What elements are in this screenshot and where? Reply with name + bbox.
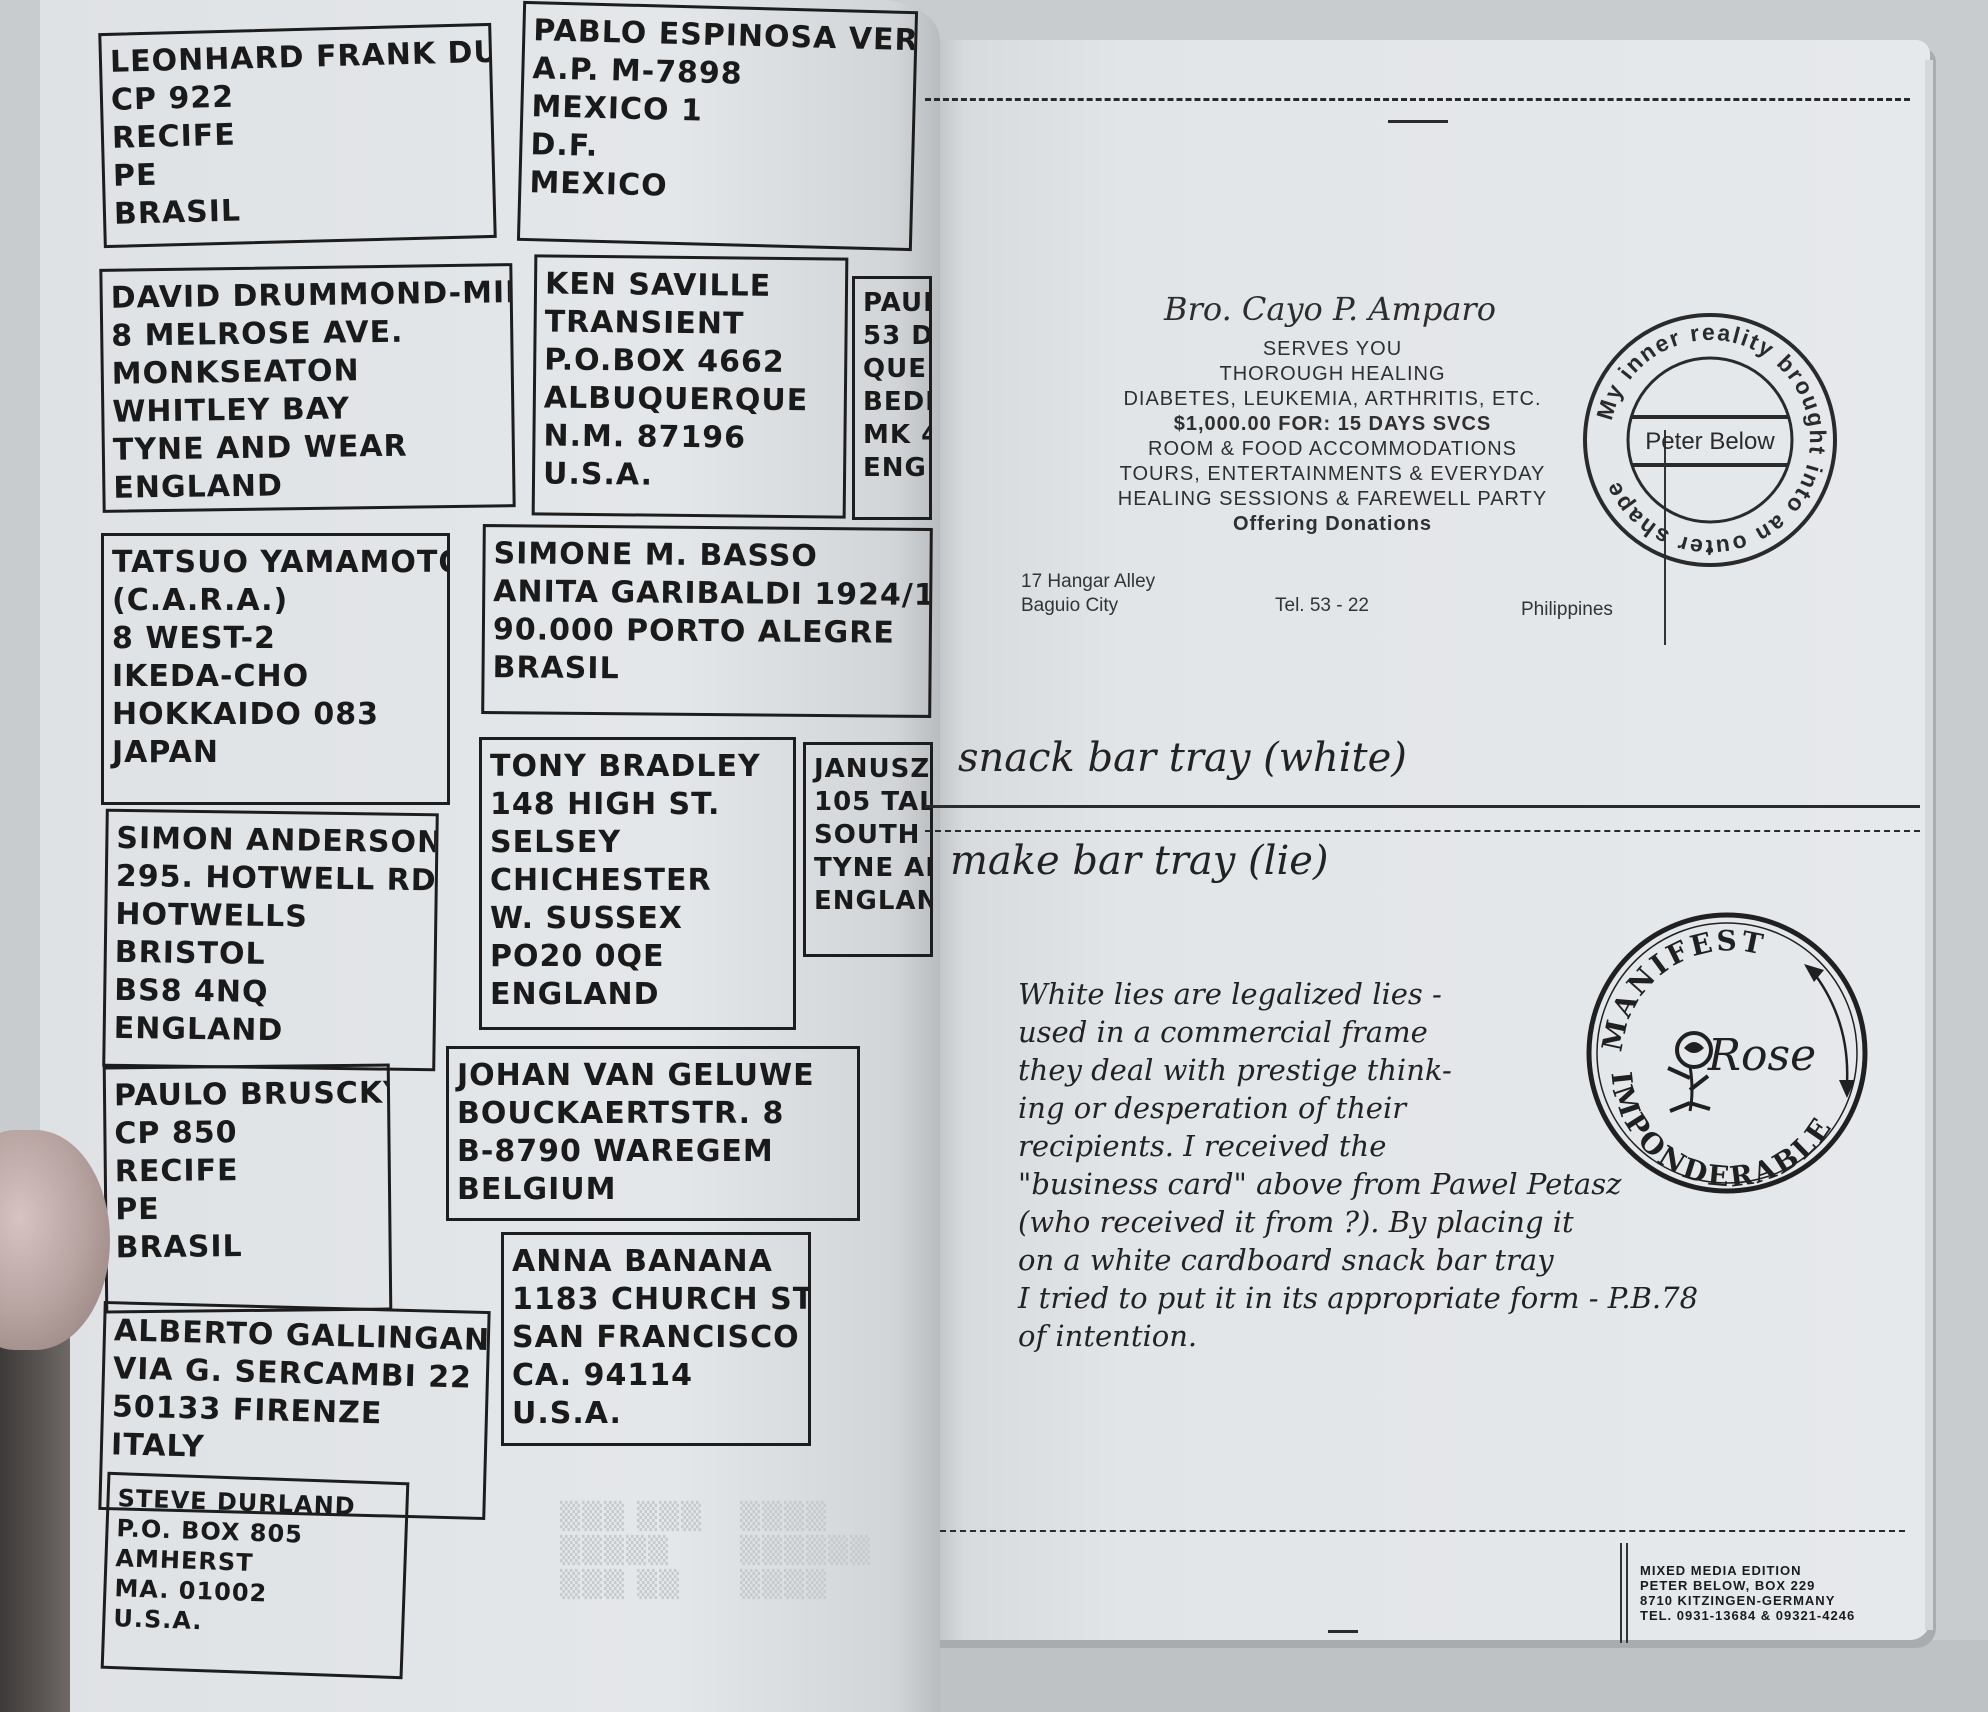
address-name: SIMONE M. BASSO <box>493 535 921 577</box>
card-tel: Tel. 53 - 22 <box>1275 594 1369 618</box>
address-box-yamamoto: TATSUO YAMAMOTO(C.A.R.A.)8 WEST-2IKEDA-C… <box>101 533 450 805</box>
address-line: MONKSEATON <box>112 350 503 393</box>
address-line: 90.000 PORTO ALEGRE <box>493 611 921 653</box>
address-line: ENGLAND <box>490 976 785 1014</box>
address-box-drummond: DAVID DRUMMOND-MILNE8 MELROSE AVE.MONKSE… <box>99 263 515 513</box>
svg-text:Peter Below: Peter Below <box>1645 428 1775 455</box>
divider-line <box>925 805 1920 808</box>
address-line: N.M. 87196 <box>543 417 835 458</box>
address-name: JANUSZ <box>814 753 922 786</box>
hand-palm <box>0 1330 70 1712</box>
address-line: HOKKAIDO 083 <box>112 696 439 734</box>
imprint-line: TEL. 0931-13684 & 09321-4246 <box>1640 1608 1855 1623</box>
show-through-text: ▒▒▒▒▒▒▒▒▒▒▒▒▒▒ <box>740 1500 872 1602</box>
address-line: CP 850 <box>114 1113 379 1154</box>
address-line: U.S.A. <box>512 1395 800 1433</box>
address-line: CHICHESTER <box>490 862 785 900</box>
card-line: Offering Donations <box>1085 512 1580 537</box>
note-line: (who received it from ?). By placing it <box>1018 1203 1898 1241</box>
address-box-basso: SIMONE M. BASSOANITA GARIBALDI 1924/1204… <box>481 524 933 718</box>
address-line: SOUTH SH <box>814 819 922 852</box>
address-line: BS8 4NQ <box>114 972 426 1014</box>
note-line: on a white cardboard snack bar tray <box>1018 1241 1898 1279</box>
card-line: $1,000.00 FOR: 15 DAYS SVCS <box>1085 412 1580 437</box>
imprint-line: PETER BELOW, BOX 229 <box>1640 1578 1855 1593</box>
divider-line-dashed <box>925 830 1920 832</box>
address-line: 105 TALB <box>814 786 922 819</box>
address-box-durland: STEVE DURLANDP.O. BOX 805AMHERSTMA. 0100… <box>101 1472 410 1679</box>
address-line: 1183 CHURCH ST. <box>512 1281 800 1319</box>
address-line: BRASIL <box>115 1227 380 1268</box>
address-name: DAVID DRUMMOND-MILNE <box>110 274 501 317</box>
card-line: THOROUGH HEALING <box>1085 362 1580 387</box>
card-name: Bro. Cayo P. Amparo <box>1080 290 1580 328</box>
address-line: BRISTOL <box>115 934 427 976</box>
address-line: QUEEN <box>863 353 921 386</box>
address-box-duch: LEONHARD FRANK DUCHCP 922RECIFEPEBRASIL <box>98 23 496 248</box>
address-line: TRANSIENT <box>544 303 836 344</box>
imprint-rule <box>1620 1543 1622 1643</box>
address-line: 148 HIGH ST. <box>490 786 785 824</box>
card-line: DIABETES, LEUKEMIA, ARTHRITIS, ETC. <box>1085 387 1580 412</box>
address-line: TYNE AN <box>814 852 922 885</box>
card-address-line2: Baguio City <box>1021 594 1155 618</box>
address-line: WHITLEY BAY <box>112 388 503 431</box>
address-line: SELSEY <box>490 824 785 862</box>
address-line: BEDF <box>863 386 921 419</box>
address-line: 8 MELROSE AVE. <box>111 312 502 355</box>
card-line: TOURS, ENTERTAINMENTS & EVERYDAY <box>1085 462 1580 487</box>
fold-mark <box>1328 1630 1358 1633</box>
address-line: (C.A.R.A.) <box>112 582 439 620</box>
svg-text:Rose: Rose <box>1707 1030 1816 1081</box>
imprint-line: 8710 KITZINGEN-GERMANY <box>1640 1593 1855 1608</box>
address-name: KEN SAVILLE <box>545 265 837 306</box>
address-line: W. SUSSEX <box>490 900 785 938</box>
address-line: PE <box>115 1189 380 1230</box>
address-line: CA. 94114 <box>512 1357 800 1395</box>
address-line: SAN FRANCISCO <box>512 1319 800 1357</box>
address-name: PAULO BRUSCKY <box>114 1075 379 1116</box>
address-line: ITALY <box>111 1426 477 1474</box>
address-line: 53 DUN <box>863 320 921 353</box>
address-name: SIMON ANDERSON <box>116 820 428 862</box>
address-box-paul: PAUL N53 DUNQUEENBEDFMK 4ENGL <box>852 276 932 520</box>
address-name: JOHAN VAN GELUWE <box>457 1057 849 1095</box>
address-line: BOUCKAERTSTR. 8 <box>457 1095 849 1133</box>
address-name: PAUL N <box>863 287 921 320</box>
imprint-line: MIXED MEDIA EDITION <box>1640 1563 1855 1578</box>
imprint-rule <box>1626 1543 1628 1643</box>
address-line: P.O.BOX 4662 <box>544 341 836 382</box>
peter-below-stamp-icon: Peter Below My inner reality brought int… <box>1575 305 1845 575</box>
address-line: ALBUQUERQUE <box>544 379 836 420</box>
address-line: 8 WEST-2 <box>112 620 439 658</box>
address-name: TONY BRADLEY <box>490 748 785 786</box>
svg-text:IMPONDERABLE: IMPONDERABLE <box>1604 1070 1839 1194</box>
show-through-text: ▒▒▒ ▒▒▒▒▒▒▒▒▒▒▒ ▒▒ <box>560 1500 703 1602</box>
address-box-janusz: JANUSZ105 TALBSOUTH SHTYNE ANENGLAN <box>803 742 933 957</box>
address-box-saville: KEN SAVILLETRANSIENTP.O.BOX 4662ALBUQUER… <box>532 254 849 518</box>
address-box-anderson: SIMON ANDERSON295. HOTWELL RD.HOTWELLSBR… <box>102 809 439 1072</box>
address-line: U.S.A. <box>543 455 835 496</box>
address-line: ENGLAND <box>113 464 504 507</box>
address-line: TYNE AND WEAR <box>113 426 504 469</box>
address-line: BRASIL <box>492 649 920 691</box>
address-box-banana: ANNA BANANA1183 CHURCH ST.SAN FRANCISCOC… <box>501 1232 811 1446</box>
address-box-bruscky: PAULO BRUSCKYCP 850RECIFEPEBRASIL <box>103 1064 393 1314</box>
address-box-bradley: TONY BRADLEY148 HIGH ST.SELSEYCHICHESTER… <box>479 737 796 1030</box>
card-line: HEALING SESSIONS & FAREWELL PARTY <box>1085 487 1580 512</box>
handwritten-label-white: snack bar tray (white) <box>958 735 1407 781</box>
page-stack-edge <box>1925 60 1933 1630</box>
address-line: RECIFE <box>115 1151 380 1192</box>
address-box-espinosa: PABLO ESPINOSA VERAA.P. M-7898MEXICO 1D.… <box>517 1 918 251</box>
address-line: ENGLAND <box>113 1010 425 1052</box>
fold-mark <box>1388 120 1448 123</box>
address-name: TATSUO YAMAMOTO <box>112 544 439 582</box>
address-line: PO20 0QE <box>490 938 785 976</box>
address-line: IKEDA-CHO <box>112 658 439 696</box>
card-address-line1: 17 Hangar Alley <box>1021 570 1155 594</box>
address-line: B-8790 WAREGEM <box>457 1133 849 1171</box>
tray-top-edge <box>925 98 1910 101</box>
card-country: Philippines <box>1521 598 1613 622</box>
note-line: I tried to put it in its appropriate for… <box>1018 1279 1898 1317</box>
card-address: 17 Hangar Alley Baguio City <box>1021 570 1155 618</box>
address-line: JAPAN <box>112 734 439 772</box>
manifest-imponderable-stamp-icon: MANIFEST IMPONDERABLE Rose <box>1582 908 1872 1198</box>
card-line: SERVES YOU <box>1085 337 1580 362</box>
address-line: BELGIUM <box>457 1171 849 1209</box>
publisher-imprint: MIXED MEDIA EDITIONPETER BELOW, BOX 2298… <box>1640 1563 1855 1623</box>
address-line: ENGL <box>863 452 921 485</box>
address-line: ANITA GARIBALDI 1924/1204 <box>493 573 921 615</box>
address-name: ANNA BANANA <box>512 1243 800 1281</box>
address-line: 295. HOTWELL RD. <box>116 858 428 900</box>
card-service-lines: SERVES YOUTHOROUGH HEALINGDIABETES, LEUK… <box>1085 337 1580 537</box>
card-line: ROOM & FOOD ACCOMMODATIONS <box>1085 437 1580 462</box>
address-line: MK 4 <box>863 419 921 452</box>
tray-bottom-edge <box>940 1530 1905 1532</box>
note-line: of intention. <box>1018 1317 1898 1355</box>
address-line: HOTWELLS <box>115 896 427 938</box>
address-line: ENGLAN <box>814 885 922 918</box>
handwritten-label-lie: make bar tray (lie) <box>950 838 1329 884</box>
address-box-van-geluwe: JOHAN VAN GELUWEBOUCKAERTSTR. 8B-8790 WA… <box>446 1046 860 1221</box>
